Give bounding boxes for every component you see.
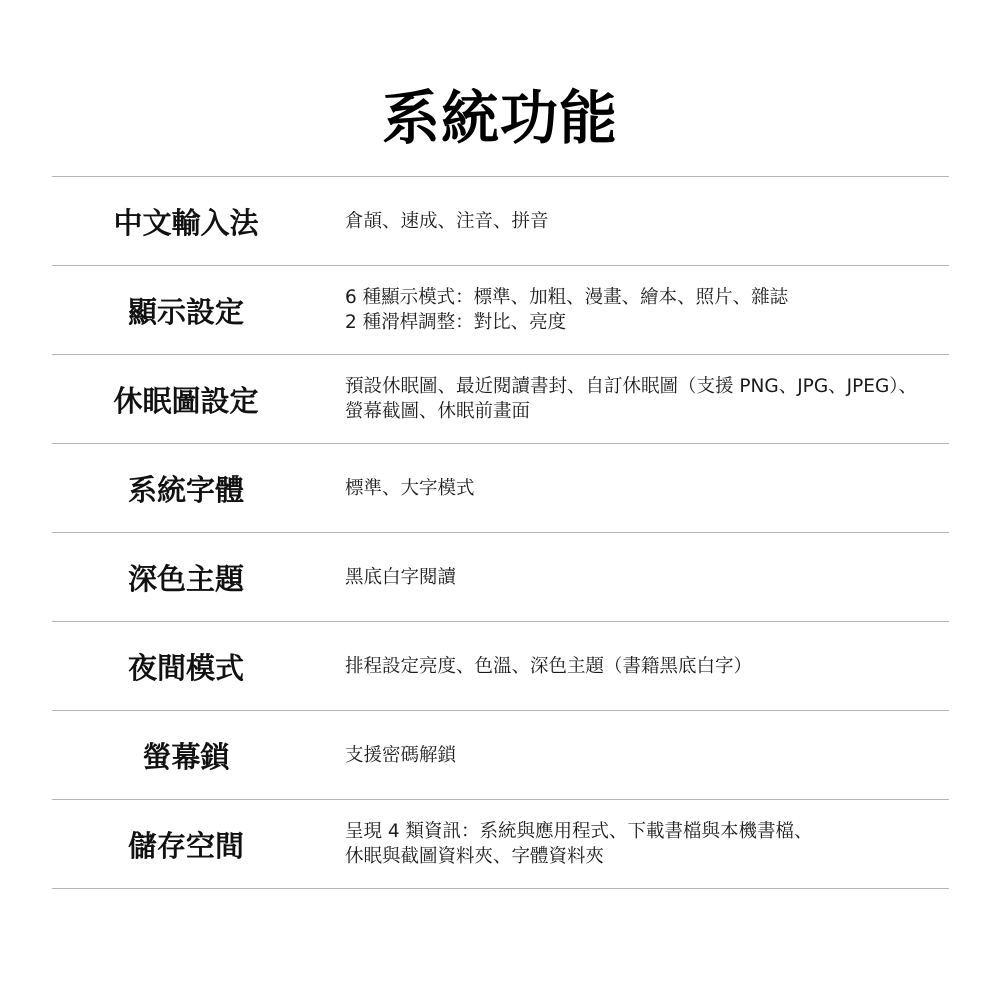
feature-label: 儲存空間 <box>52 824 320 865</box>
description-line: 排程設定亮度、色溫、深色主題（書籍黑底白字） <box>345 654 752 679</box>
description-line: 呈現 4 類資訊：系統與應用程式、下載書檔與本機書檔、 <box>345 819 813 844</box>
feature-description: 標準、大字模式 <box>320 476 475 501</box>
description-line: 支援密碼解鎖 <box>345 743 456 768</box>
page-title: 系統功能 <box>0 78 1000 158</box>
description-line: 預設休眠圖、最近閱讀書封、自訂休眠圖（支援 PNG、JPG、JPEG）、 <box>345 374 917 399</box>
feature-row-storage: 儲存空間 呈現 4 類資訊：系統與應用程式、下載書檔與本機書檔、 休眠與截圖資料… <box>52 800 949 889</box>
feature-row-sleep-screen: 休眠圖設定 預設休眠圖、最近閱讀書封、自訂休眠圖（支援 PNG、JPG、JPEG… <box>52 355 949 444</box>
feature-row-system-font: 系統字體 標準、大字模式 <box>52 444 949 533</box>
feature-label: 夜間模式 <box>52 646 320 687</box>
feature-description: 支援密碼解鎖 <box>320 743 456 768</box>
feature-label: 螢幕鎖 <box>52 735 320 776</box>
description-line: 休眠與截圖資料夾、字體資料夾 <box>345 844 813 869</box>
description-line: 螢幕截圖、休眠前畫面 <box>345 399 917 424</box>
feature-label: 深色主題 <box>52 557 320 598</box>
feature-row-night-mode: 夜間模式 排程設定亮度、色溫、深色主題（書籍黑底白字） <box>52 622 949 711</box>
feature-description: 倉頡、速成、注音、拼音 <box>320 209 549 234</box>
feature-description: 黑底白字閱讀 <box>320 565 456 590</box>
description-line: 6 種顯示模式：標準、加粗、漫畫、繪本、照片、雜誌 <box>345 285 788 310</box>
feature-description: 排程設定亮度、色溫、深色主題（書籍黑底白字） <box>320 654 752 679</box>
feature-label: 休眠圖設定 <box>52 379 320 420</box>
feature-description: 呈現 4 類資訊：系統與應用程式、下載書檔與本機書檔、 休眠與截圖資料夾、字體資… <box>320 819 813 869</box>
feature-label: 中文輸入法 <box>52 201 320 242</box>
feature-table: 中文輸入法 倉頡、速成、注音、拼音 顯示設定 6 種顯示模式：標準、加粗、漫畫、… <box>52 176 949 889</box>
description-line: 標準、大字模式 <box>345 476 475 501</box>
feature-row-screen-lock: 螢幕鎖 支援密碼解鎖 <box>52 711 949 800</box>
description-line: 倉頡、速成、注音、拼音 <box>345 209 549 234</box>
feature-description: 6 種顯示模式：標準、加粗、漫畫、繪本、照片、雜誌 2 種滑桿調整：對比、亮度 <box>320 285 788 335</box>
feature-label: 顯示設定 <box>52 290 320 331</box>
feature-label: 系統字體 <box>52 468 320 509</box>
feature-description: 預設休眠圖、最近閱讀書封、自訂休眠圖（支援 PNG、JPG、JPEG）、 螢幕截… <box>320 374 917 424</box>
description-line: 黑底白字閱讀 <box>345 565 456 590</box>
feature-row-input-method: 中文輸入法 倉頡、速成、注音、拼音 <box>52 177 949 266</box>
description-line: 2 種滑桿調整：對比、亮度 <box>345 310 788 335</box>
feature-row-dark-theme: 深色主題 黑底白字閱讀 <box>52 533 949 622</box>
feature-row-display-settings: 顯示設定 6 種顯示模式：標準、加粗、漫畫、繪本、照片、雜誌 2 種滑桿調整：對… <box>52 266 949 355</box>
